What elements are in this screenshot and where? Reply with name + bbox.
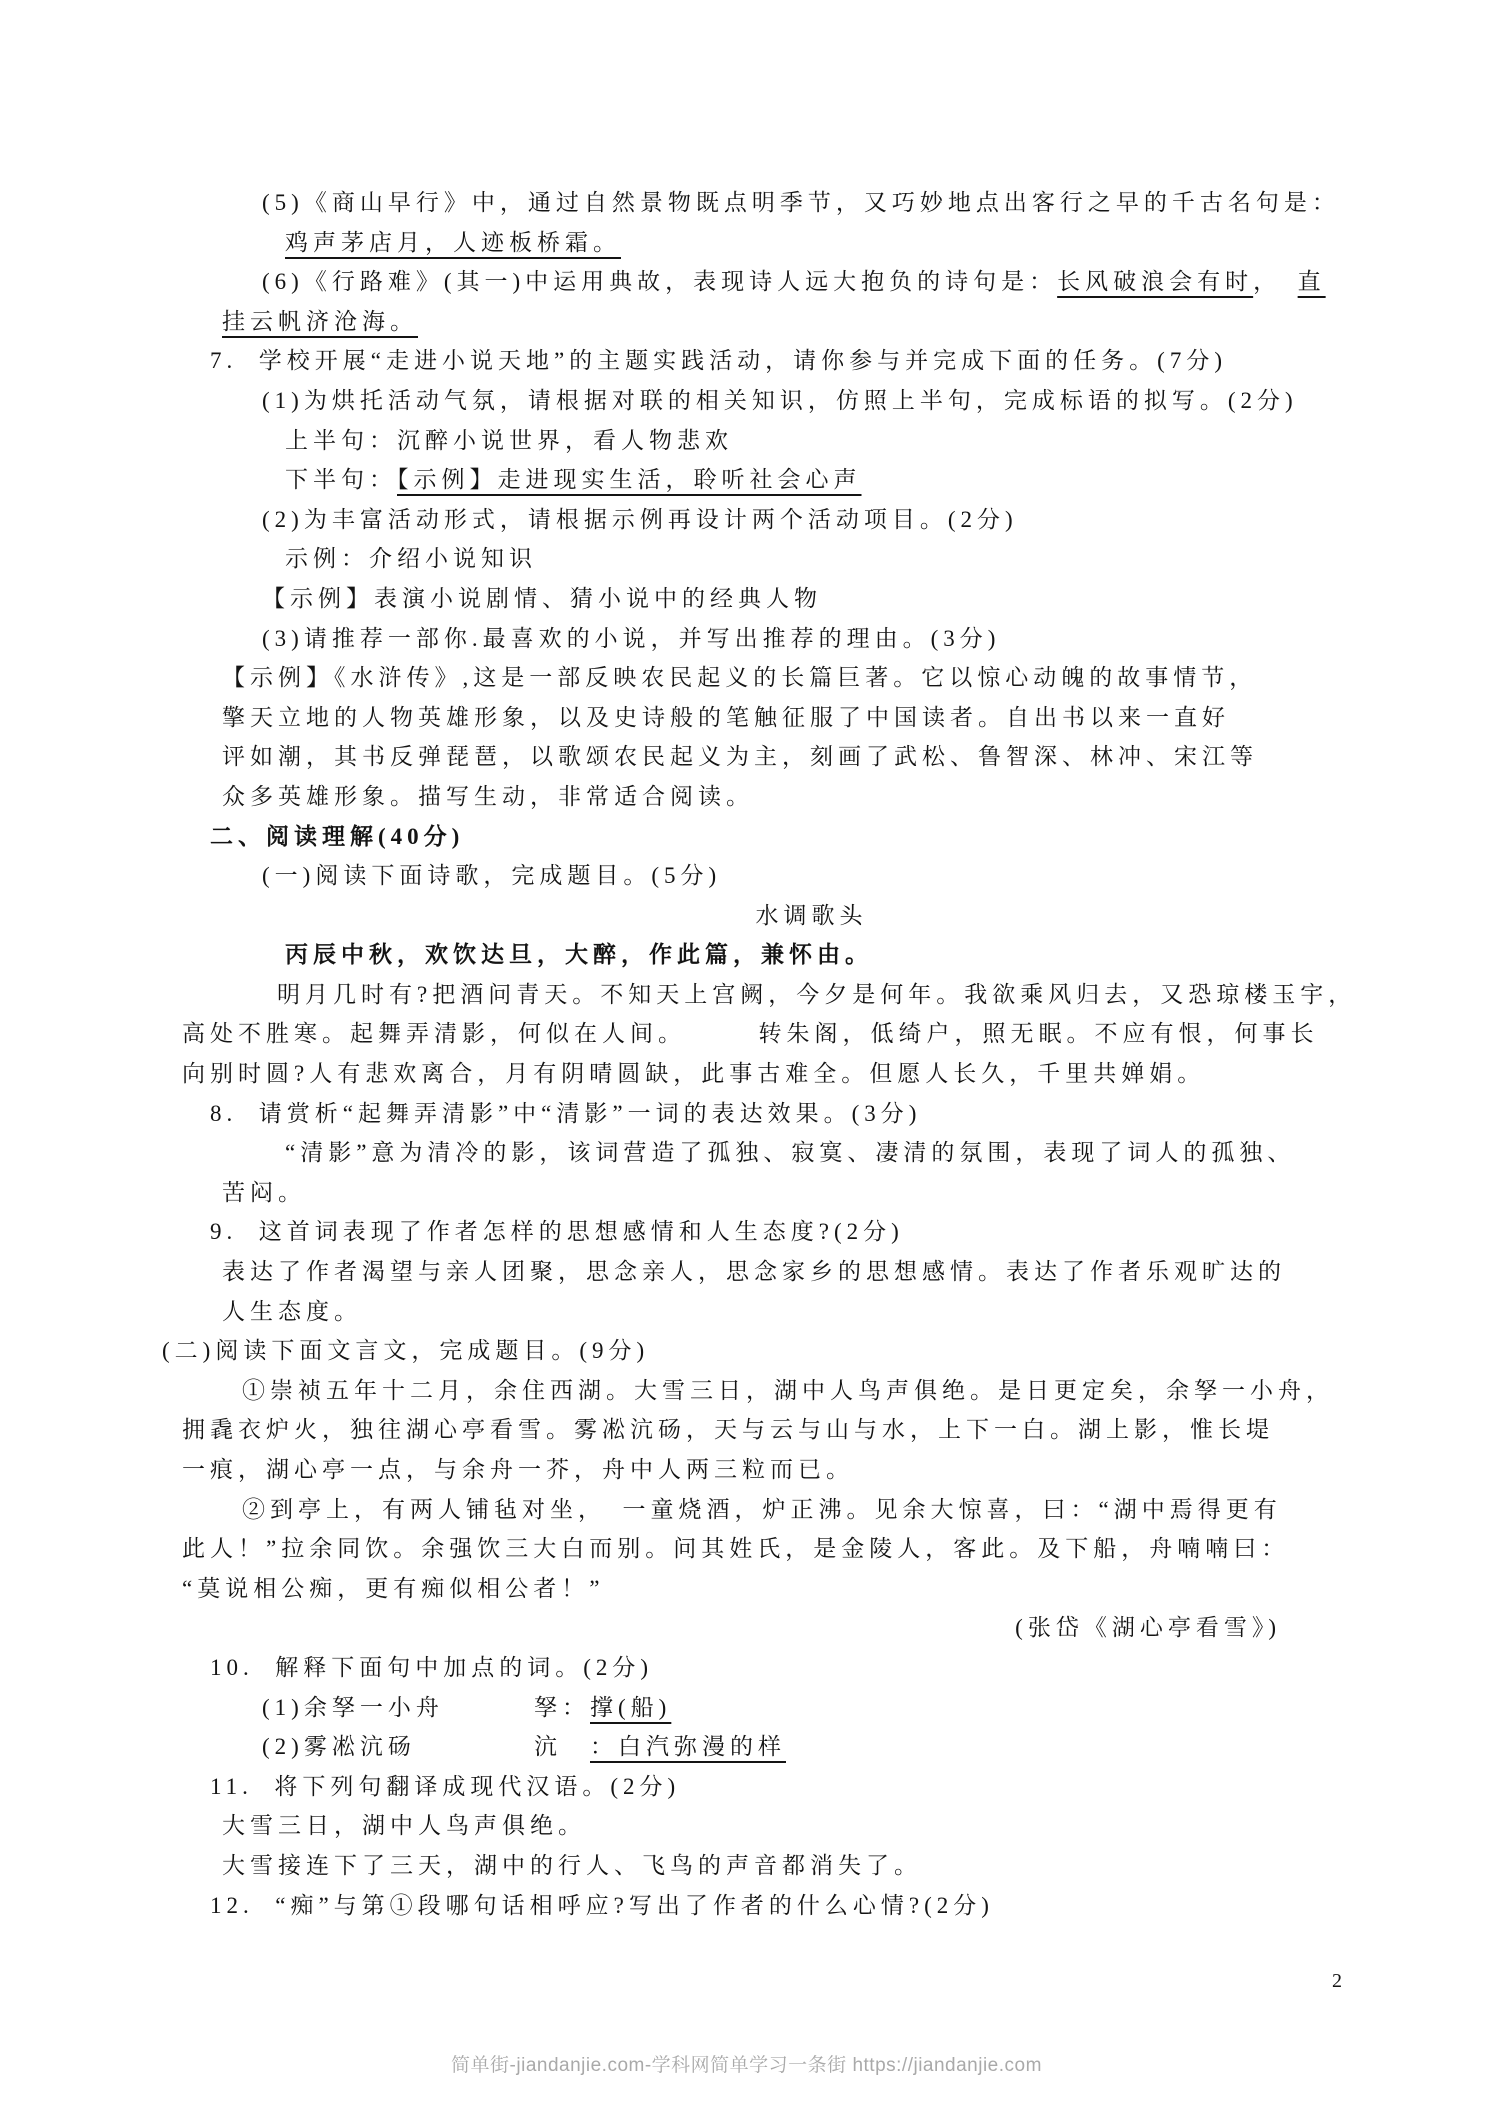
text-line: (6)《行路难》(其一)中运用典故，表现诗人远大抱负的诗句是：长风破浪会有时， … <box>262 262 1493 302</box>
text-segment: 一痕，湖心亭一点，与余舟一芥，舟中人两三粒而已。 <box>182 1457 854 1482</box>
text-line: (1)为烘托活动气氛，请根据对联的相关知识，仿照上半句，完成标语的拟写。(2分) <box>262 381 1493 421</box>
text-line: 水调歌头 <box>0 896 1493 936</box>
text-segment: 众多英雄形象。描写生动，非常适合阅读。 <box>222 784 754 809</box>
text-segment: 大雪接连下了三天，湖中的行人、飞鸟的声音都消失了。 <box>222 1853 922 1878</box>
text-line: 丙辰中秋，欢饮达旦，大醉，作此篇，兼怀由。 <box>285 935 1493 975</box>
text-line: 鸡声茅店月，人迹板桥霜。 <box>285 223 1493 263</box>
text-line: (2)雾凇沆砀沆 ：白汽弥漫的样 <box>262 1727 1493 1767</box>
text-segment: 孥： <box>534 1695 590 1720</box>
text-segment: 大雪三日，湖中人鸟声俱绝。 <box>222 1813 586 1838</box>
text-segment: 二、阅读理解(40分) <box>210 824 464 849</box>
text-line: “清影”意为清冷的影，该词营造了孤独、寂寞、凄清的氛围，表现了词人的孤独、 <box>285 1133 1493 1173</box>
text-line: 一痕，湖心亭一点，与余舟一芥，舟中人两三粒而已。 <box>182 1450 1493 1490</box>
text-line: 苦闷。 <box>222 1173 1493 1213</box>
text-line: 明月几时有?把酒问青天。不知天上宫阙，今夕是何年。我欲乘风归去，又恐琼楼玉宇， <box>277 975 1493 1015</box>
text-line: (2)为丰富活动形式，请根据示例再设计两个活动项目。(2分) <box>262 500 1493 540</box>
text-line: (5)《商山早行》中，通过自然景物既点明季节，又巧妙地点出客行之早的千古名句是： <box>262 183 1493 223</box>
text-segment: (1)余孥一小舟 <box>262 1688 534 1728</box>
text-segment: (1)为烘托活动气氛，请根据对联的相关知识，仿照上半句，完成标语的拟写。(2分) <box>262 388 1298 413</box>
text-segment: 水调歌头 <box>756 903 868 928</box>
text-segment: 9. 这首词表现了作者怎样的思想感情和人生态度?(2分) <box>210 1219 904 1244</box>
text-segment: 11. 将下列句翻译成现代汉语。(2分) <box>210 1774 680 1799</box>
text-line: 【示例】表演小说剧情、猜小说中的经典人物 <box>262 579 1493 619</box>
text-line: (二)阅读下面文言文，完成题目。(9分) <box>162 1331 1493 1371</box>
text-segment: 下半句： <box>285 467 397 492</box>
text-segment: 拥毳衣炉火，独往湖心亭看雪。雾凇沆砀，天与云与山与水，上下一白。湖上影，惟长堤 <box>182 1417 1274 1442</box>
text-line: (3)请推荐一部你.最喜欢的小说，并写出推荐的理由。(3分) <box>262 619 1493 659</box>
text-segment: 此人！”拉余同饮。余强饮三大白而别。问其姓氏，是金陵人，客此。及下船，舟喃喃曰： <box>182 1536 1289 1561</box>
text-line: 高处不胜寒。起舞弄清影，何似在人间。 转朱阁，低绮户，照无眠。不应有恨，何事长 <box>182 1014 1493 1054</box>
text-line: 11. 将下列句翻译成现代汉语。(2分) <box>210 1767 1493 1807</box>
text-line: (一)阅读下面诗歌，完成题目。(5分) <box>262 856 1493 896</box>
text-segment: 示例：介绍小说知识 <box>285 546 537 571</box>
text-segment: 10. 解释下面句中加点的词。(2分) <box>210 1655 653 1680</box>
page-number: 2 <box>1332 1970 1342 1993</box>
document-body: (5)《商山早行》中，通过自然景物既点明季节，又巧妙地点出客行之早的千古名句是：… <box>0 183 1493 1925</box>
answer-underlined-text: 撑(船) <box>590 1695 671 1720</box>
text-segment: 8. 请赏析“起舞弄清影”中“清影”一词的表达效果。(3分) <box>210 1101 921 1126</box>
text-line: 10. 解释下面句中加点的词。(2分) <box>210 1648 1493 1688</box>
text-line: 9. 这首词表现了作者怎样的思想感情和人生态度?(2分) <box>210 1212 1493 1252</box>
text-line: 众多英雄形象。描写生动，非常适合阅读。 <box>222 777 1493 817</box>
text-segment: “清影”意为清冷的影，该词营造了孤独、寂寞、凄清的氛围，表现了词人的孤独、 <box>285 1140 1295 1165</box>
exam-paper-page: (5)《商山早行》中，通过自然景物既点明季节，又巧妙地点出客行之早的千古名句是：… <box>0 0 1493 2112</box>
text-segment: 人生态度。 <box>222 1299 362 1324</box>
text-segment: (一)阅读下面诗歌，完成题目。(5分) <box>262 863 721 888</box>
text-line: 向别时圆?人有悲欢离合，月有阴晴圆缺，此事古难全。但愿人长久，千里共婵娟。 <box>182 1054 1493 1094</box>
answer-underlined-text: 鸡声茅店月，人迹板桥霜。 <box>285 230 621 255</box>
text-segment: “莫说相公痴，更有痴似相公者！” <box>182 1576 604 1601</box>
text-segment: (2)为丰富活动形式，请根据示例再设计两个活动项目。(2分) <box>262 507 1018 532</box>
answer-underlined-text: 【示例】走进现实生活，聆听社会心声 <box>397 467 862 492</box>
text-segment: 评如潮，其书反弹琵琶，以歌颂农民起义为主，刻画了武松、鲁智深、林冲、宋江等 <box>222 744 1258 769</box>
text-segment: (3)请推荐一部你.最喜欢的小说，并写出推荐的理由。(3分) <box>262 626 1000 651</box>
text-segment: 明月几时有?把酒问青天。不知天上宫阙，今夕是何年。我欲乘风归去，又恐琼楼玉宇， <box>277 982 1356 1007</box>
text-segment: (5)《商山早行》中，通过自然景物既点明季节，又巧妙地点出客行之早的千古名句是： <box>262 190 1340 215</box>
text-line: 擎天立地的人物英雄形象，以及史诗般的笔触征服了中国读者。自出书以来一直好 <box>222 698 1493 738</box>
text-line: ②到亭上，有两人铺毡对坐， 一童烧酒，炉正沸。见余大惊喜，曰：“湖中焉得更有 <box>242 1490 1493 1530</box>
text-line: 大雪接连下了三天，湖中的行人、飞鸟的声音都消失了。 <box>222 1846 1493 1886</box>
text-segment: (2)雾凇沆砀 <box>262 1727 534 1767</box>
text-line: 大雪三日，湖中人鸟声俱绝。 <box>222 1806 1493 1846</box>
text-line: 二、阅读理解(40分) <box>210 817 1493 857</box>
text-line: 评如潮，其书反弹琵琶，以歌颂农民起义为主，刻画了武松、鲁智深、林冲、宋江等 <box>222 737 1493 777</box>
text-segment: 7. 学校开展“走进小说天地”的主题实践活动，请你参与并完成下面的任务。(7分) <box>210 348 1227 373</box>
text-line: (1)余孥一小舟孥：撑(船) <box>262 1688 1493 1728</box>
text-segment: 向别时圆?人有悲欢离合，月有阴晴圆缺，此事古难全。但愿人长久，千里共婵娟。 <box>182 1061 1205 1086</box>
text-segment: 丙辰中秋，欢饮达旦，大醉，作此篇，兼怀由。 <box>285 942 873 967</box>
answer-underlined-text: 长风破浪会有时 <box>1057 269 1253 294</box>
text-line: 拥毳衣炉火，独往湖心亭看雪。雾凇沆砀，天与云与山与水，上下一白。湖上影，惟长堤 <box>182 1410 1493 1450</box>
footer-watermark: 简单街-jiandanjie.com-学科网简单学习一条街 https://ji… <box>0 2050 1493 2077</box>
answer-underlined-text: 直 <box>1298 269 1326 294</box>
text-segment: ①崇祯五年十二月，余住西湖。大雪三日，湖中人鸟声俱绝。是日更定矣，余孥一小舟， <box>242 1378 1334 1403</box>
text-line: 7. 学校开展“走进小说天地”的主题实践活动，请你参与并完成下面的任务。(7分) <box>210 341 1493 381</box>
text-segment: 12. “痴”与第①段哪句话相呼应?写出了作者的什么心情?(2分) <box>210 1893 994 1918</box>
text-line: 挂云帆济沧海。 <box>222 302 1493 342</box>
text-line: 表达了作者渴望与亲人团聚，思念亲人，思念家乡的思想感情。表达了作者乐观旷达的 <box>222 1252 1493 1292</box>
answer-underlined-text: ：白汽弥漫的样 <box>590 1734 786 1759</box>
text-line: (张岱《湖心亭看雪》) <box>0 1608 1281 1648</box>
text-line: 此人！”拉余同饮。余强饮三大白而别。问其姓氏，是金陵人，客此。及下船，舟喃喃曰： <box>182 1529 1493 1569</box>
text-segment: 沆 <box>534 1734 590 1759</box>
text-line: 下半句：【示例】走进现实生活，聆听社会心声 <box>285 460 1493 500</box>
text-line: 上半句：沉醉小说世界，看人物悲欢 <box>285 421 1493 461</box>
text-segment: 高处不胜寒。起舞弄清影，何似在人间。 转朱阁，低绮户，照无眠。不应有恨，何事长 <box>182 1021 1319 1046</box>
text-segment: 上半句：沉醉小说世界，看人物悲欢 <box>285 428 733 453</box>
text-segment: ， <box>1253 269 1298 294</box>
text-segment: (6)《行路难》(其一)中运用典故，表现诗人远大抱负的诗句是： <box>262 269 1057 294</box>
answer-underlined-text: 挂云帆济沧海。 <box>222 309 418 334</box>
text-line: 8. 请赏析“起舞弄清影”中“清影”一词的表达效果。(3分) <box>210 1094 1493 1134</box>
text-line: 12. “痴”与第①段哪句话相呼应?写出了作者的什么心情?(2分) <box>210 1886 1493 1926</box>
text-line: “莫说相公痴，更有痴似相公者！” <box>182 1569 1493 1609</box>
text-segment: 【示例】《水浒传》,这是一部反映农民起义的长篇巨著。它以惊心动魄的故事情节， <box>222 665 1257 690</box>
text-segment: 擎天立地的人物英雄形象，以及史诗般的笔触征服了中国读者。自出书以来一直好 <box>222 705 1230 730</box>
text-line: 【示例】《水浒传》,这是一部反映农民起义的长篇巨著。它以惊心动魄的故事情节， <box>222 658 1493 698</box>
text-segment: 苦闷。 <box>222 1180 306 1205</box>
text-line: ①崇祯五年十二月，余住西湖。大雪三日，湖中人鸟声俱绝。是日更定矣，余孥一小舟， <box>242 1371 1493 1411</box>
text-segment: 表达了作者渴望与亲人团聚，思念亲人，思念家乡的思想感情。表达了作者乐观旷达的 <box>222 1259 1286 1284</box>
text-line: 人生态度。 <box>222 1292 1493 1332</box>
text-segment: ②到亭上，有两人铺毡对坐， 一童烧酒，炉正沸。见余大惊喜，曰：“湖中焉得更有 <box>242 1497 1282 1522</box>
text-segment: 【示例】表演小说剧情、猜小说中的经典人物 <box>262 586 822 611</box>
text-segment: (二)阅读下面文言文，完成题目。(9分) <box>162 1338 649 1363</box>
text-segment: (张岱《湖心亭看雪》) <box>1015 1615 1281 1640</box>
text-line: 示例：介绍小说知识 <box>285 539 1493 579</box>
